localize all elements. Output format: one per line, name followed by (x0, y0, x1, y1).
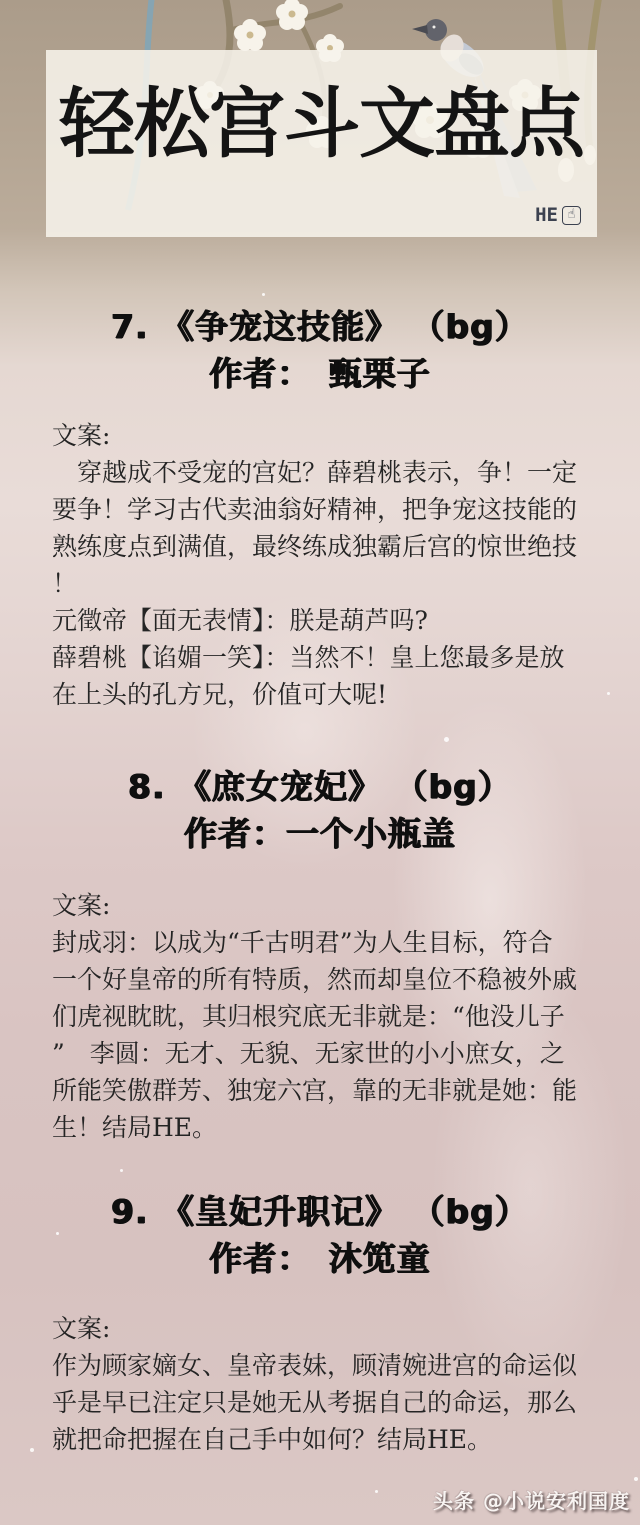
synopsis-label: 文案: (52, 887, 640, 924)
thumbs-up-icon: ☝ (562, 206, 581, 225)
book-entry-8: 8. 《庶女宠妃》 （bg） 作者：一个小瓶盖 文案: 封成羽：以成为“千古明君… (0, 763, 640, 1146)
page-title: 轻松宫斗文盘点 (46, 50, 597, 167)
book-entry-9: 9. 《皇妃升职记》 （bg） 作者： 沐笕童 文案: 作为顾家嫡女、皇帝表妹，… (0, 1188, 640, 1458)
book-title: 8. 《庶女宠妃》 （bg） (0, 763, 640, 810)
book-author: 作者： 沐笕童 (0, 1235, 640, 1282)
book-author: 作者：一个小瓶盖 (0, 810, 640, 857)
synopsis-text: 作为顾家嫡女、皇帝表妹，顾清婉进宫的命运似 乎是早已注定只是她无从考据自己的命运… (52, 1347, 612, 1458)
he-tag: HE ☝ (535, 204, 581, 226)
book-author: 作者： 甄栗子 (0, 350, 640, 397)
synopsis-text: 封成羽：以成为“千古明君”为人生目标，符合 一个好皇帝的所有特质，然而却皇位不稳… (52, 924, 612, 1146)
title-banner: 轻松宫斗文盘点 HE ☝ (46, 50, 597, 237)
poster-page: 轻松宫斗文盘点 HE ☝ 7. 《争宠这技能》 （bg） 作者： 甄栗子 文案:… (0, 0, 640, 1525)
book-entry-7: 7. 《争宠这技能》 （bg） 作者： 甄栗子 文案: 穿越成不受宠的宫妃？薛碧… (0, 303, 640, 713)
synopsis-label: 文案: (52, 1310, 640, 1347)
he-tag-label: HE (535, 204, 558, 226)
speck (375, 1490, 378, 1493)
book-title: 9. 《皇妃升职记》 （bg） (0, 1188, 640, 1235)
synopsis-label: 文案: (52, 417, 640, 454)
book-title: 7. 《争宠这技能》 （bg） (0, 303, 640, 350)
speck (444, 737, 449, 742)
synopsis-text: 穿越成不受宠的宫妃？薛碧桃表示，争！一定 要争！学习古代卖油翁好精神，把争宠这技… (52, 454, 612, 713)
speck (120, 1169, 123, 1172)
watermark: 头条 @小说安利国度 (433, 1485, 630, 1514)
speck (634, 1477, 638, 1481)
speck (262, 293, 265, 296)
